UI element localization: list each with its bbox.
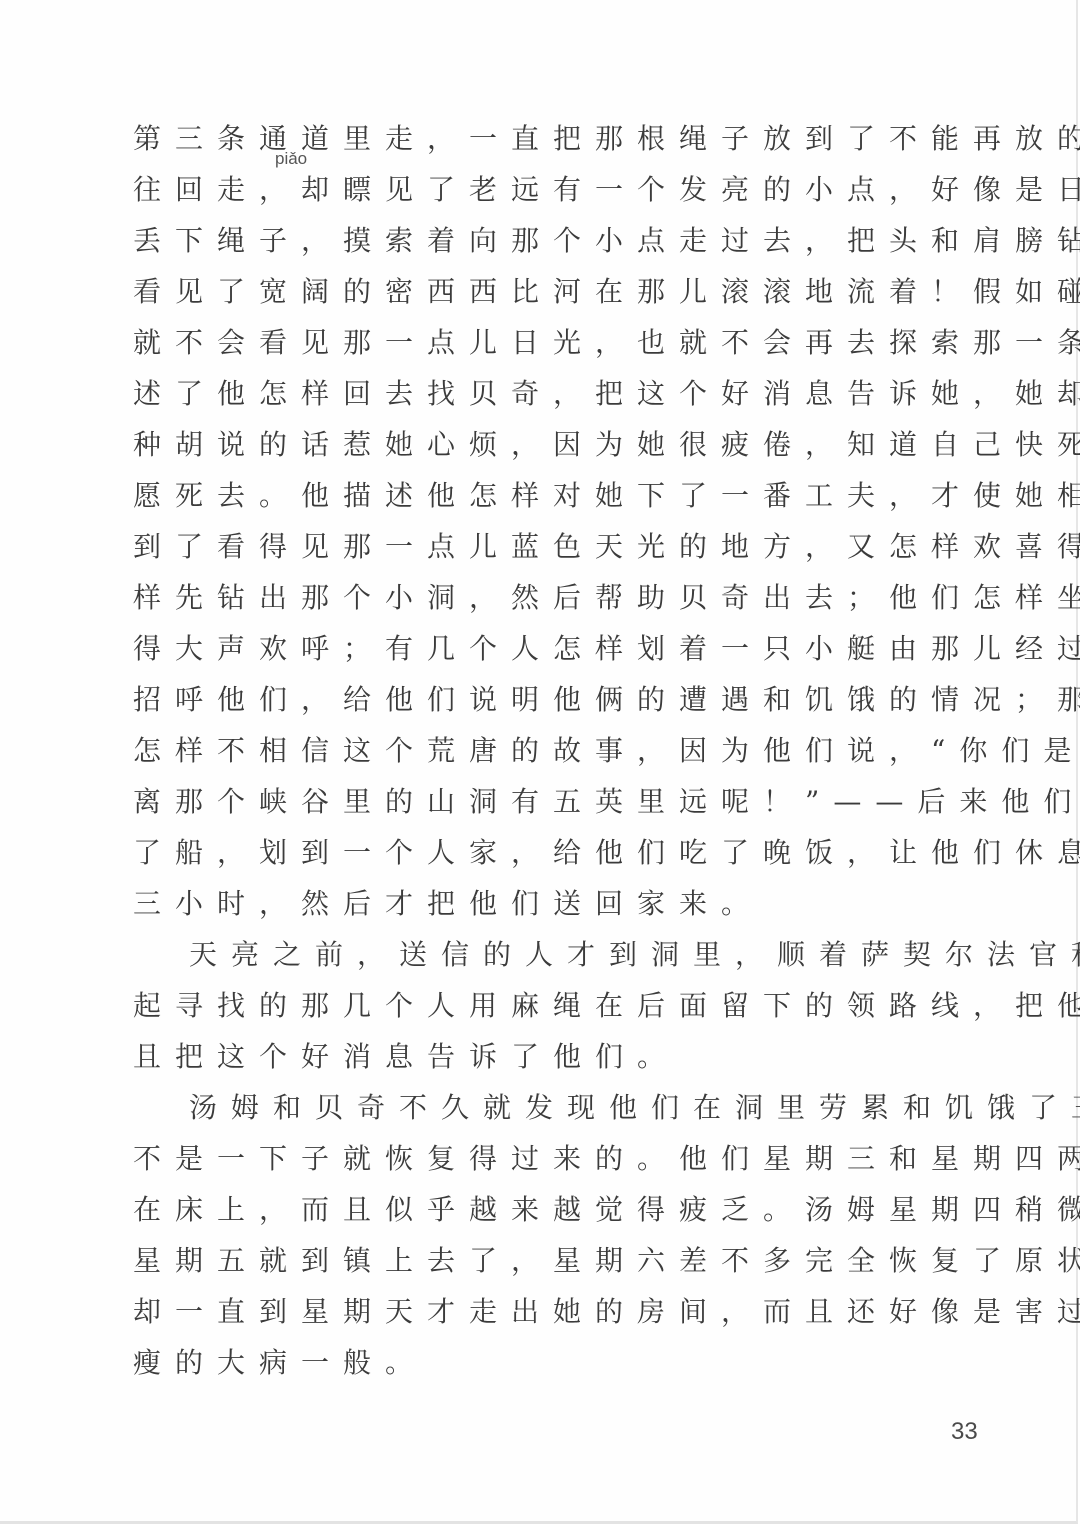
text-line: 不是一下子就恢复得过来的。他们星期三和星期四两天都完全睡 [133,1133,983,1184]
text-line: 愿死去。他描述他怎样对她下了一番工夫，才使她相信了；她摸索 [133,470,983,521]
text-line: 起寻找的那几个人用麻绳在后面留下的领路线，把他们找到，并 [133,980,983,1031]
text-line: 怎样不相信这个荒唐的故事，因为他们说，“你们是在河的下游， [133,725,983,776]
paragraph-start-line: 天亮之前，送信的人才到洞里，顺着萨契尔法官和跟他在一 [133,929,983,980]
text-line: 星期五就到镇上去了，星期六差不多完全恢复了原状。可是贝奇 [133,1235,983,1286]
text-line: 且把这个好消息告诉了他们。 [133,1031,983,1082]
body-text: 第三条通道里走，一直把那根绳子放到了不能再放的时候，他正想 piǎo 往回走，却… [133,113,983,1388]
text-line: 第三条通道里走，一直把那根绳子放到了不能再放的时候，他正想 [133,113,983,164]
text-line: 招呼他们，给他们说明他俩的遭遇和饥饿的情况；那几个人起先又 [133,674,983,725]
text-line: 丢下绳子，摸索着向那个小点走过去，把头和肩膀钻出一个小洞， [133,215,983,266]
text-line: 三小时，然后才把他们送回家来。 [133,878,983,929]
text-line: 样先钻出那个小洞，然后帮助贝奇出去；他们怎样坐在那里，高兴 [133,572,983,623]
text-line-content: 往回走，却瞟见了老远有一个发亮的小点，好像是日光；于是他就 [133,173,1080,206]
text-line: 了船，划到一个人家，给他们吃了晚饭，让他们休息到天黑以后两 [133,827,983,878]
text-line-with-pinyin: piǎo 往回走，却瞟见了老远有一个发亮的小点，好像是日光；于是他就 [133,164,983,215]
text-line: 到了看得见那一点儿蓝色天光的地方，又怎样欢喜得要死；他又怎 [133,521,983,572]
text-line: 得大声欢呼；有几个人怎样划着一只小艇由那儿经过，汤姆又怎样 [133,623,983,674]
paragraph-start-line: 汤姆和贝奇不久就发现他们在洞里劳累和饥饿了三天三夜， [133,1082,983,1133]
text-line: 却一直到星期天才走出她的房间，而且还好像是害过一场使人消 [133,1286,983,1337]
text-line: 在床上，而且似乎越来越觉得疲乏。汤姆星期四稍微走动了一下， [133,1184,983,1235]
pinyin-annotation: piǎo [275,150,307,167]
text-line: 离那个峡谷里的山洞有五英里远呢！”——后来他们还是让他俩上 [133,776,983,827]
text-line: 就不会看见那一点儿日光，也就不会再去探索那一条路了！他又叙 [133,317,983,368]
text-line: 看见了宽阔的密西西比河在那儿滚滚地流着！假如碰巧是夜里，他 [133,266,983,317]
book-page: 第三条通道里走，一直把那根绳子放到了不能再放的时候，他正想 piǎo 往回走，却… [0,0,1078,1524]
text-line: 种胡说的话惹她心烦，因为她很疲倦，知道自己快死了，而且也情 [133,419,983,470]
text-line: 瘦的大病一般。 [133,1337,983,1388]
page-number: 33 [951,1418,978,1446]
text-line: 述了他怎样回去找贝奇，把这个好消息告诉她，她却叫他不要拿这 [133,368,983,419]
